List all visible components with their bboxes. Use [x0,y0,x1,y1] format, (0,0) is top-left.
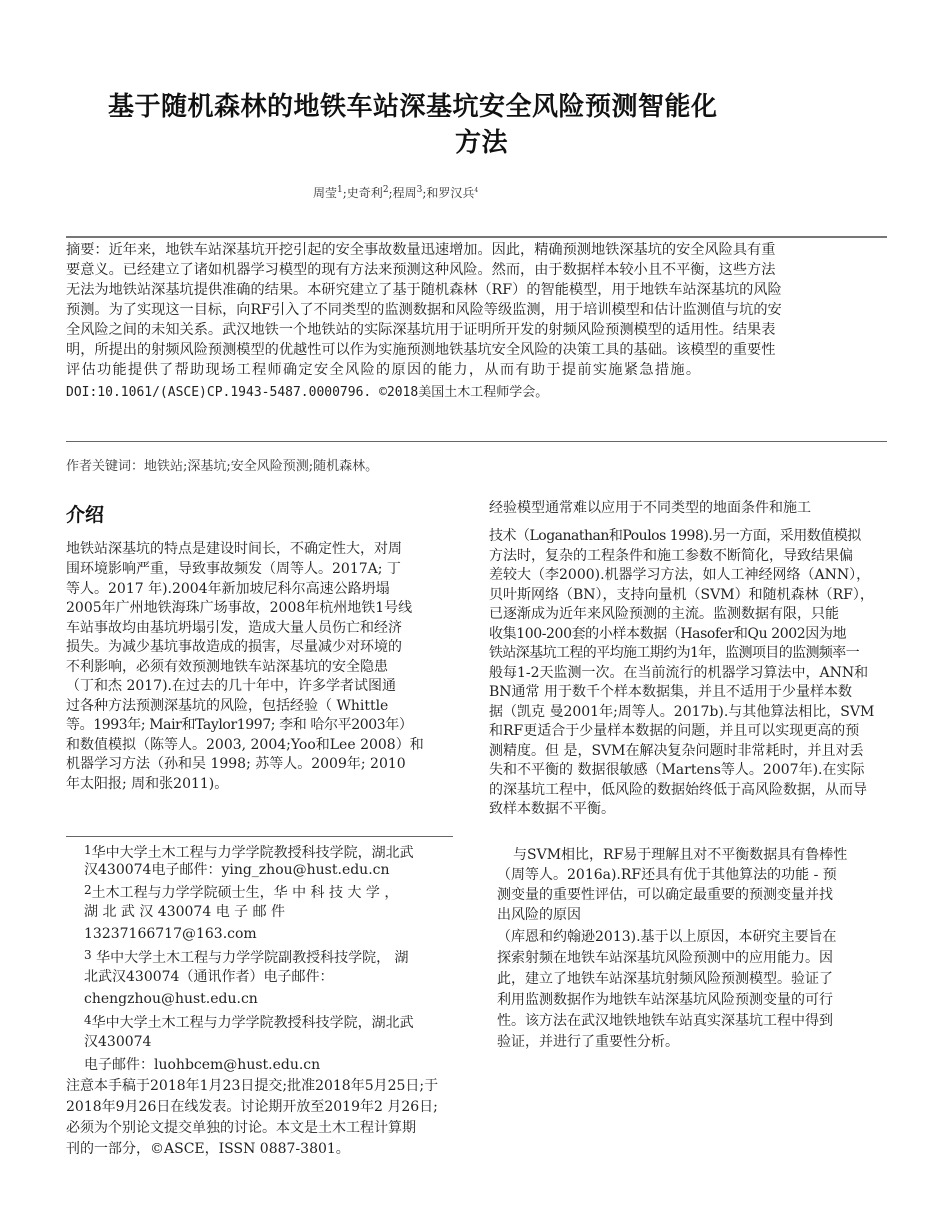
body-line: 等人。2017 年).2004年新加坡尼科尔高速公路坍塌 [66,580,390,599]
body-line: 差较大（李2000).机器学习方法，如人工神经网络（ANN）， [489,566,870,585]
author-keywords: 作者关键词：地铁站;深基坑;安全风险预测;随机森林。 [66,455,378,474]
body-line: 和RF更适合于少量样本数据的问题，并且可以实现更高的预 [489,722,859,741]
body-line: 技术（Loganathan和Poulos 1998).另一方面，采用数值模拟 [489,527,861,546]
footnote-text: 13237166717@163.com [84,926,257,942]
footnote-line: 13237166717@163.com [84,925,257,944]
abstract-top-divider [66,236,887,238]
body-line: 不利影响，必须有效预测地铁车站深基坑的安全隐患 [66,658,388,677]
abstract-line: 全风险之间的未知关系。武汉地铁一个地铁站的实际深基坑用于证明所开发的射频风险预测… [66,321,775,340]
body-line: 验证，并进行了重要性分析。 [497,1033,679,1052]
body-line: 般每1-2天监测一次。在当前流行的机器学习算法中，ANN和 [489,664,868,683]
body-line: 的深基坑工程中，低风险的数据始终低于高风险数据，从而导 [489,781,867,800]
section-heading-introduction: 介绍 [66,500,104,527]
body-line: （库恩和约翰逊2013).基于以上原因，本研究主要旨在 [497,928,837,947]
body-line: （周等人。2016a).RF还具有优于其他算法的功能 - 预 [497,866,837,885]
body-line: 机器学习方法（孙和吴 1998; 苏等人。2009年; 2010 [66,755,406,774]
body-line: 与SVM相比，RF易于理解且对不平衡数据具有鲁棒性 [513,846,847,865]
note-line: 2018年9月26日在线发表。讨论期开放至2019年2 月26日; [66,1098,438,1117]
body-line: 性。该方法在武汉地铁地铁车站真实深基坑工程中得到 [497,1012,833,1031]
footnote-line: 汉430074电子邮件：ying_zhou@hust.edu.cn [84,861,390,880]
abstract-line: 无法为地铁站深基坑提供准确的结果。本研究建立了基于随机森林（RF）的智能模型，用… [66,281,782,300]
paper-title-line-2: 方法 [455,122,508,159]
author-name: 周莹 [313,186,337,200]
note-line: 必须为个别论文提交单独的讨论。本文是土木工程计算期 [66,1119,416,1138]
body-line: 地铁站深基坑的特点是建设时间长，不确定性大，对周 [66,540,402,559]
paper-title-line-1: 基于随机森林的地铁车站深基坑安全风险预测智能化 [108,86,718,123]
footnote-text: chengzhou@hust.edu.cn [84,991,258,1007]
body-line: 损失。为减少基坑事故造成的损害，尽量减少对环境的 [66,638,402,657]
body-line: 铁站深基坑工程的平均施工期约为1年，监测项目的监测频率一 [489,644,859,663]
body-line: 利用监测数据作为地铁车站深基坑风险预测变量的可行 [497,991,833,1010]
footnote-line: 2土木工程与力学学院硕士生，华 中 科 技 大 学 ， [84,881,398,903]
body-line: BN通常 用于数千个样本数据集，并且不适用于少量样本数 [489,683,852,702]
footnote-line: 4华中大学土木工程与力学学院教授科技学院，湖北武 [84,1011,414,1033]
body-line: 2005年广州地铁海珠广场事故，2008年杭州地铁1号线 [66,599,412,618]
body-line: 已逐渐成为近年来风险预测的主流。监测数据有限，只能 [489,605,839,624]
body-line: 出风险的原因 [497,906,581,925]
body-line: 探索射频在地铁车站深基坑风险预测中的应用能力。因 [497,949,833,968]
body-line: 方法时，复杂的工程条件和施工参数不断简化，导致结果偏 [489,547,853,566]
body-line: 过各种方法预测深基坑的风险，包括经验（ Whittle [66,697,388,716]
footnote-text: 华中大学土木工程与力学学院副教授科技学院， 湖 [92,950,409,966]
author-list: 周莹1;史奇利2;程周3;和罗汉兵4 [313,184,478,201]
footnote-marker: 3 [84,948,92,962]
body-line: 测变量的重要性评估，可以确定最重要的预测变量并找 [497,886,833,905]
body-line: 年太阳报; 周和张2011)。 [66,775,228,794]
footnote-text: 华中大学土木工程与力学学院教授科技学院，湖北武 [92,845,414,861]
abstract-line: 摘要：近年来，地铁车站深基坑开挖引起的安全事故数量迅速增加。因此，精确预测地铁深… [66,241,775,260]
note-line: 刊的一部分，©ASCE，ISSN 0887-3801。 [66,1140,350,1159]
abstract-line: 要意义。已经建立了诸如机器学习模型的现有方法来预测这种风险。然而，由于数据样本较… [66,261,775,280]
body-line: 和数值模拟（陈等人。2003, 2004;Yoo和Lee 2008）和 [66,736,424,755]
footnote-marker: 4 [84,1013,92,1027]
body-line: 据（凯克 曼2001年;周等人。2017b).与其他算法相比，SVM [489,703,874,722]
body-line: 收集100-200套的小样本数据（Hasofer和Qu 2002因为地 [489,625,846,644]
footnote-marker: 2 [84,883,92,897]
footnote-line: 汉430074 [84,1033,151,1052]
author-affiliation-sup: 4 [474,187,478,194]
footnote-line: 湖 北 武 汉 430074 电 子 邮 件 [84,903,285,922]
footnote-text: 汉430074电子邮件：ying_zhou@hust.edu.cn [84,862,390,878]
abstract-line: 预测。为了实现这一目标，向RF引入了不同类型的监测数据和风险等级监测，用于培训模… [66,301,782,320]
footnote-line: 北武汉430074（通讯作者）电子邮件： [84,968,333,987]
footnote-divider [66,836,453,837]
author-name: 程周 [393,186,417,200]
body-line: 车站事故均由基坑坍塌引发，造成大量人员伤亡和经济 [66,619,402,638]
keywords-divider [66,441,887,442]
footnote-text: 湖 北 武 汉 430074 电 子 邮 件 [84,904,285,920]
body-line: 测精度。但 是，SVM在解决复杂问题时非常耗时，并且对丢 [489,742,864,761]
body-line: 贝叶斯网络（BN），支持向量机（SVM）和随机森林（RF）， [489,586,874,605]
abstract-line: 评 估 功 能 提 供 了 帮 助 现 场 工 程 师 确 定 安 全 风 险 … [66,361,698,380]
abstract-line: 明，所提出的射频风险预测模型的优越性可以作为实施预测地铁基坑安全风险的决策工具的… [66,341,775,360]
author-name: 史奇利 [347,186,383,200]
abstract-doi-line: DOI:10.1061/(ASCE)CP.1943-5487.0000796. … [66,383,548,402]
body-line: 围环境影响严重，导致事故频发（周等人。2017A; 丁 [66,560,401,579]
body-line: 致样本数据不平衡。 [489,800,615,819]
body-line: 此，建立了地铁车站深基坑射频风险预测模型。验证了 [497,970,833,989]
note-line: 注意本手稿于2018年1月23日提交;批准2018年5月25日;于 [66,1077,438,1096]
body-line: 失和不平衡的 数据很敏感（Martens等人。2007年).在实际 [489,761,864,780]
author-name: 和罗汉兵 [426,186,474,200]
footnote-text: 电子邮件：luohbcem@hust.edu.cn [84,1057,320,1073]
footnote-line: 电子邮件：luohbcem@hust.edu.cn [84,1056,320,1075]
footnote-text: 汉430074 [84,1034,151,1050]
footnote-line: chengzhou@hust.edu.cn [84,990,258,1009]
footnote-text: 土木工程与力学学院硕士生，华 中 科 技 大 学 ， [92,885,399,901]
footnote-line: 3 华中大学土木工程与力学学院副教授科技学院， 湖 [84,946,409,968]
footnote-text: 华中大学土木工程与力学学院教授科技学院，湖北武 [92,1015,414,1031]
footnote-text: 北武汉430074（通讯作者）电子邮件： [84,969,333,985]
body-line: （丁和杰 2017).在过去的几十年中，许多学者试图通 [66,677,396,696]
body-line: 等。1993年; Mair和Taylor1997; 李和 哈尔平2003年） [66,716,412,735]
body-line: 经验模型通常难以应用于不同类型的地面条件和施工 [489,499,811,518]
footnote-marker: 1 [84,843,92,857]
